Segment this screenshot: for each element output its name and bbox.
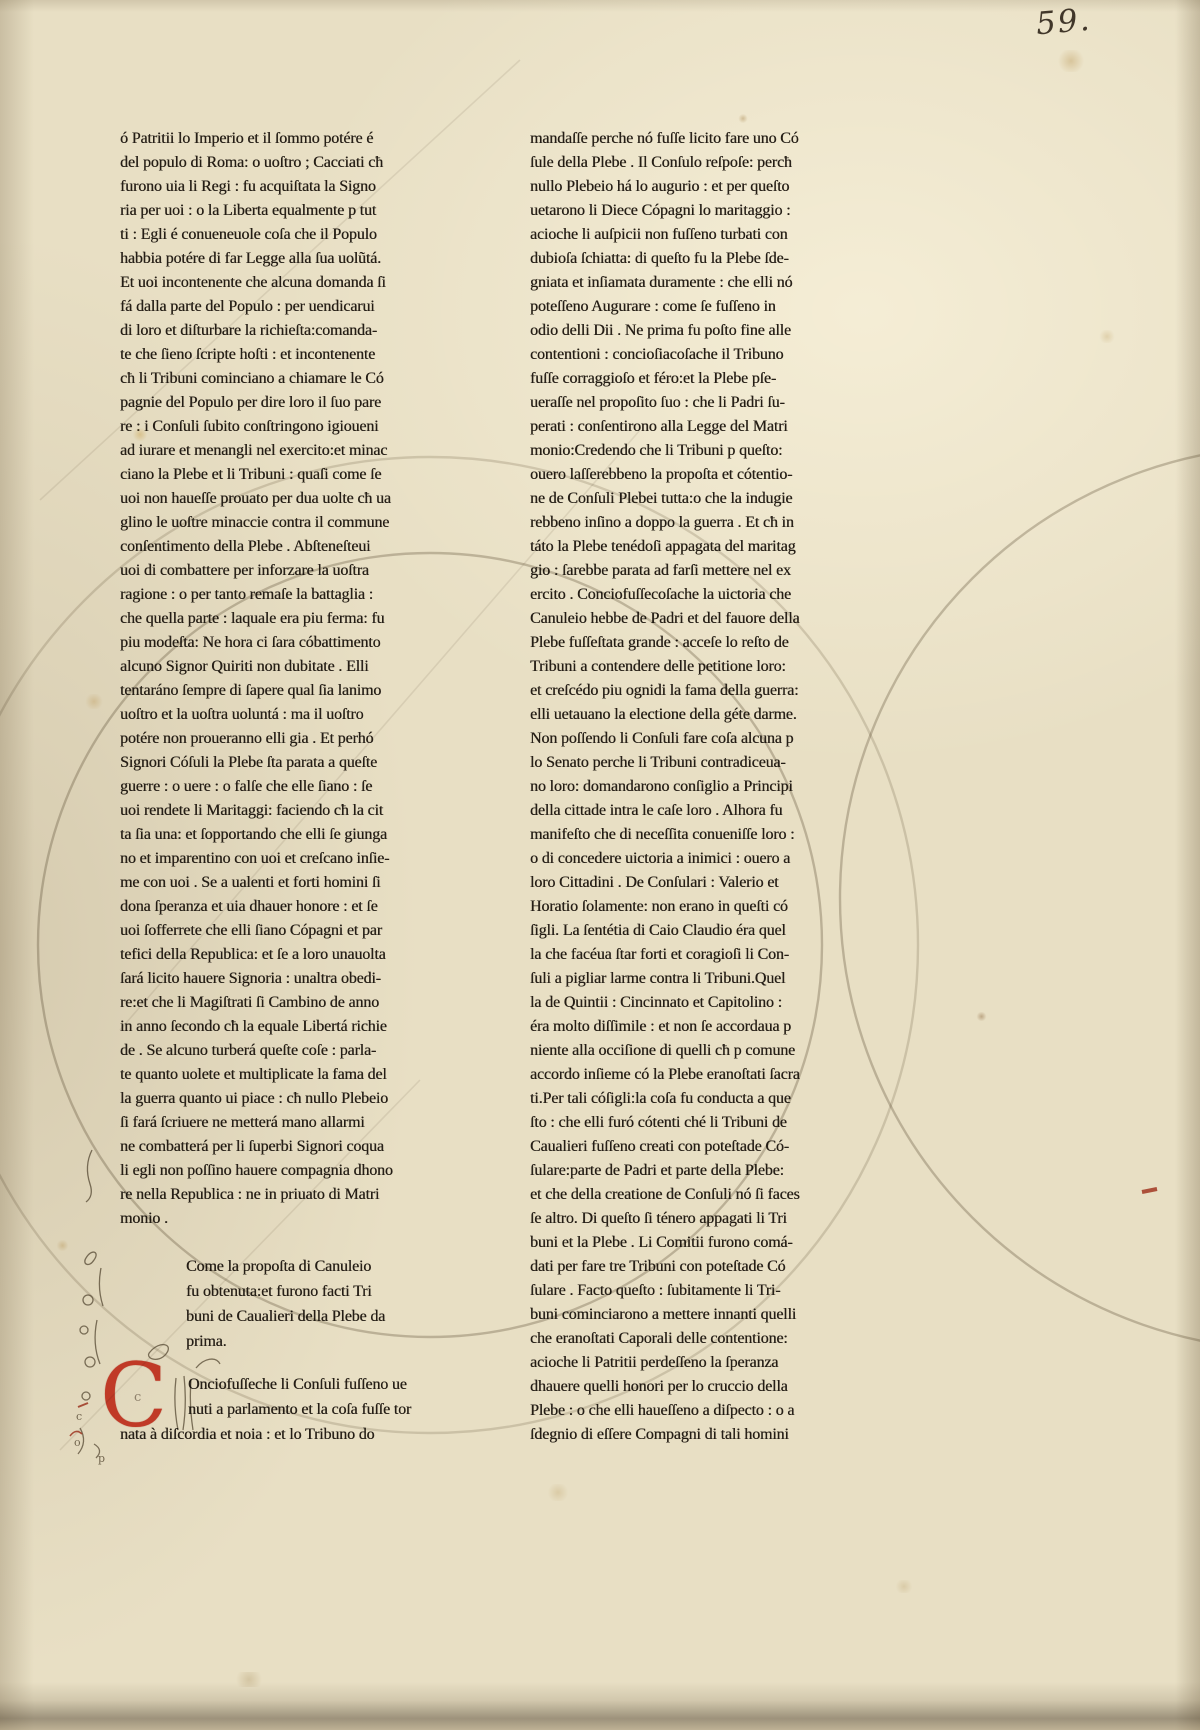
text-line: ti : Egli é conueneuole coſa che il Popu… <box>120 223 440 247</box>
svg-text:o: o <box>74 1436 81 1449</box>
text-line: dubioſa ſchiatta: di queſto fu la Plebe … <box>530 247 862 271</box>
foxing-spot <box>546 1484 570 1501</box>
foxing-spot <box>976 1012 987 1021</box>
text-line: buni de Caualieri della Plebe da <box>186 1304 486 1329</box>
text-line: la che facéua ſtar forti et coragioſi li… <box>530 943 862 967</box>
text-line: habbia potére di far Legge alla ſua uolũ… <box>120 247 440 271</box>
text-line: te che ſieno ſcripte hoſti : et inconten… <box>120 343 440 367</box>
text-line: Canuleio hebbe de Padri et del fauore de… <box>530 607 862 631</box>
text-line: elli uetauano la electione della géte da… <box>530 703 862 727</box>
text-line: ueraſſe nel propoſito ſuo : che li Padri… <box>530 391 862 415</box>
text-line: manifeſto che di neceſſita conueniſſe lo… <box>530 823 862 847</box>
text-line: gniata et inſiamata duramente : che elli… <box>530 271 862 295</box>
text-line: re:et che li Magiſtrati ſi Cambino de an… <box>120 991 440 1015</box>
text-line: ó Patritii lo Imperio et il ſommo potére… <box>120 127 440 151</box>
svg-text:p: p <box>98 1452 105 1465</box>
foxing-spot <box>56 1240 69 1251</box>
text-line: ſigli. La ſentétia di Caio Claudio éra q… <box>530 919 862 943</box>
text-line: tefici della Republica: et ſe a loro una… <box>120 943 440 967</box>
text-line: et creſcédo piu ognidi la fama della gue… <box>530 679 862 703</box>
text-line: ſe altro. Di queſto ſi ténero appagati l… <box>530 1207 862 1231</box>
text-line: rebbeno inſino a doppo la guerra . Et cħ… <box>530 511 862 535</box>
text-line: fuſſe corraggioſo et féro:et la Plebe pſ… <box>530 367 862 391</box>
foxing-spot <box>84 694 104 709</box>
text-line: loro Cittadini . De Conſulari : Valerio … <box>530 871 862 895</box>
text-line: táto la Plebe tenédoſi appagata del mari… <box>530 535 862 559</box>
foxing-spot <box>1056 50 1086 72</box>
text-line: della cittade intra le caſe loro . Alhor… <box>530 799 862 823</box>
text-line: prima. <box>186 1329 486 1354</box>
text-line: alcuno Signor Quiriti non dubitate . Ell… <box>120 655 440 679</box>
text-line: buni et la Plebe . Li Comitii furono com… <box>530 1231 862 1255</box>
text-line: ſulare:parte de Padri et parte della Ple… <box>530 1159 862 1183</box>
text-line: monio . <box>120 1207 440 1231</box>
text-line: uoi di combattere per inforzare la uoſtr… <box>120 559 440 583</box>
text-line: Tribuni a contendere delle petitione lor… <box>530 655 862 679</box>
text-line: re nella Republica : ne in priuato di Ma… <box>120 1183 440 1207</box>
text-line: odio delli Dii . Ne prima fu poſto fine … <box>530 319 862 343</box>
text-line: cħ li Tribuni cominciano a chiamare le C… <box>120 367 440 391</box>
text-line: perati : conſentirono alla Legge del Mat… <box>530 415 862 439</box>
text-line: ſdegnio di eſſere Compagni di tali homin… <box>530 1423 862 1447</box>
text-line: monio:Credendo che li Tribuni p queſto: <box>530 439 862 463</box>
text-line: Horatio ſolamente: non erano in queſti c… <box>530 895 862 919</box>
text-line: no et imparentino con uoi et creſcano in… <box>120 847 440 871</box>
book-page-scan: 59. ó Patritii lo Imperio et il ſommo po… <box>0 0 1200 1730</box>
text-line: uoi non haueſſe prouato per dua uolte cħ… <box>120 487 440 511</box>
text-line: mandaſſe perche nó fuſſe licito fare uno… <box>530 127 862 151</box>
text-line: uoi ſofferrete che elli ſiano Cópagni et… <box>120 919 440 943</box>
foxing-spot <box>1098 330 1116 343</box>
chapter-rubric: Come la propoſta di Canuleiofu obtenuta:… <box>186 1254 486 1354</box>
text-line: ouero laſſerebbeno la propoſta et cótent… <box>530 463 862 487</box>
text-line: piu modeſta: Ne hora ci ſara cóbattiment… <box>120 631 440 655</box>
text-line: ne combatterá per li ſuperbi Signori coq… <box>120 1135 440 1159</box>
text-line: ne de Conſuli Plebei tutta:o che la indu… <box>530 487 862 511</box>
text-line: ſi fará ſcriuere ne metterá mano allarmi <box>120 1111 440 1135</box>
text-line: fá dalla parte del Populo : per uendicar… <box>120 295 440 319</box>
text-line: éra molto diſſimile : et non ſe accordau… <box>530 1015 862 1039</box>
text-line: tentaráno ſempre di ſapere qual ſia lani… <box>120 679 440 703</box>
text-line: ſule della Plebe . Il Conſulo reſpoſe: p… <box>530 151 862 175</box>
foxing-spot <box>738 114 748 123</box>
text-line: poteſſeno Augurare : come ſe fuſſeno in <box>530 295 862 319</box>
text-line: uoſtro et la uoſtra uoluntá : ma il uoſt… <box>120 703 440 727</box>
text-line: ſulare . Facto queſto : ſubitamente li T… <box>530 1279 862 1303</box>
text-line: ercito . Conciofuſſecoſache la uictoria … <box>530 583 862 607</box>
text-line: glino le uoſtre minaccie contra il commu… <box>120 511 440 535</box>
text-line: o di concedere uictoria a inimici : ouer… <box>530 847 862 871</box>
watermark-circle <box>840 446 1200 1350</box>
text-line: li egli non poſſino hauere compagnia dho… <box>120 1159 440 1183</box>
text-line: niente alla occiſione di quelli cħ p com… <box>530 1039 862 1063</box>
right-column-text: mandaſſe perche nó fuſſe licito fare uno… <box>530 127 862 1447</box>
text-line: ria per uoi : o la Liberta equalmente p … <box>120 199 440 223</box>
text-line: uoi rendete li Maritaggi: faciendo cħ la… <box>120 799 440 823</box>
text-line: Signori Cóſuli la Plebe ſta parata a que… <box>120 751 440 775</box>
text-line: nuti a parlamento et la coſa fuſſe tor <box>188 1397 460 1422</box>
text-line: che quella parte : laquale era piu ferma… <box>120 607 440 631</box>
text-line: fu obtenuta:et furono facti Tri <box>186 1279 486 1304</box>
folio-number: 59. <box>1035 2 1093 43</box>
text-line: furono uia li Regi : fu acquiſtata la Si… <box>120 175 440 199</box>
text-line: Caualieri fuſſeno creati con poteſtade C… <box>530 1135 862 1159</box>
text-line: ad iurare et menangli nel exercito:et mi… <box>120 439 440 463</box>
text-line: et che della creatione de Conſuli nó ſi … <box>530 1183 862 1207</box>
text-line: buni cominciarono a mettere innanti quel… <box>530 1303 862 1327</box>
text-line: gio : ſarebbe parata ad farſi mettere ne… <box>530 559 862 583</box>
text-line: conſentimento della Plebe . Abſteneſteui <box>120 535 440 559</box>
text-line: di loro et diſturbare la richieſta:coman… <box>120 319 440 343</box>
text-line: contentioni : concioſiacoſache il Tribun… <box>530 343 862 367</box>
text-line: acioche li Patritii perdeſſeno la ſperan… <box>530 1351 862 1375</box>
text-line: de . Se alcuno turberá queſte coſe : par… <box>120 1039 440 1063</box>
text-line: ragione : o per tanto remaſe la battagli… <box>120 583 440 607</box>
text-line: guerre : o uere : o falſe che elle ſiano… <box>120 775 440 799</box>
svg-text:c: c <box>76 1410 82 1423</box>
text-line: me con uoi . Se a ualenti et forti homin… <box>120 871 440 895</box>
guide-letter: c <box>134 1390 141 1405</box>
text-line: lo Senato perche li Tribuni contradiceua… <box>530 751 862 775</box>
text-line: Plebe fuſſeſtata grande : acceſe lo reſt… <box>530 631 862 655</box>
text-line: re : i Conſuli ſubito conſtringono igiou… <box>120 415 440 439</box>
text-line: ciano la Plebe et li Tribuni : quaſi com… <box>120 463 440 487</box>
text-line: pagnie del Populo per dire loro il ſuo p… <box>120 391 440 415</box>
text-line: Onciofuſſeche li Conſuli fuſſeno ue <box>188 1372 460 1397</box>
text-line: ta ſia una: et ſopportando che elli ſe g… <box>120 823 440 847</box>
text-line: dona ſperanza et uia dhauer honore : et … <box>120 895 440 919</box>
foxing-spot <box>232 1672 266 1687</box>
text-line: acioche li auſpicii non fuſſeno turbati … <box>530 223 862 247</box>
left-column-text: ó Patritii lo Imperio et il ſommo potére… <box>120 127 440 1231</box>
text-line: ſará licito hauere Signoria : unaltra ob… <box>120 967 440 991</box>
foxing-spot <box>894 1580 914 1593</box>
text-line: che eranoſtati Caporali delle contention… <box>530 1327 862 1351</box>
text-line: dati per fare tre Tribuni con poteſtade … <box>530 1255 862 1279</box>
scan-edge-shadow <box>1176 0 1200 1730</box>
text-line: accordo inſieme có la Plebe eranoſtati ſ… <box>530 1063 862 1087</box>
text-line: Non poſſendo li Conſuli fare coſa alcuna… <box>530 727 862 751</box>
text-line: uetarono li Diece Cópagni lo maritaggio … <box>530 199 862 223</box>
text-line: la de Quintii : Cincinnato et Capitolino… <box>530 991 862 1015</box>
text-line: ti.Per tali cóſigli:la coſa fu conducta … <box>530 1087 862 1111</box>
text-line: in anno ſecondo cħ la equale Libertá ric… <box>120 1015 440 1039</box>
text-line: ſuli a pigliar larme contra li Tribuni.Q… <box>530 967 862 991</box>
text-line: potére non proueranno elli gia . Et perh… <box>120 727 440 751</box>
text-line: la guerra quanto ui piace : cħ nullo Ple… <box>120 1087 440 1111</box>
text-line: ſto : che elli furó cótenti ché li Tribu… <box>530 1111 862 1135</box>
text-line: del populo di Roma: o uoſtro ; Cacciati … <box>120 151 440 175</box>
text-line: Plebe : o che elli haueſſeno a diſpecto … <box>530 1399 862 1423</box>
text-line: Et uoi incontenente che alcuna domanda ſ… <box>120 271 440 295</box>
text-line: Come la propoſta di Canuleio <box>186 1254 486 1279</box>
text-line: no loro: domandarono conſiglio a Princip… <box>530 775 862 799</box>
scan-edge-shadow <box>0 1682 1200 1730</box>
text-line: nullo Plebeio há lo augurio : et per que… <box>530 175 862 199</box>
text-line: te quanto uolete et multiplicate la fama… <box>120 1063 440 1087</box>
text-line: dhauere quelli honori per lo cruccio del… <box>530 1375 862 1399</box>
